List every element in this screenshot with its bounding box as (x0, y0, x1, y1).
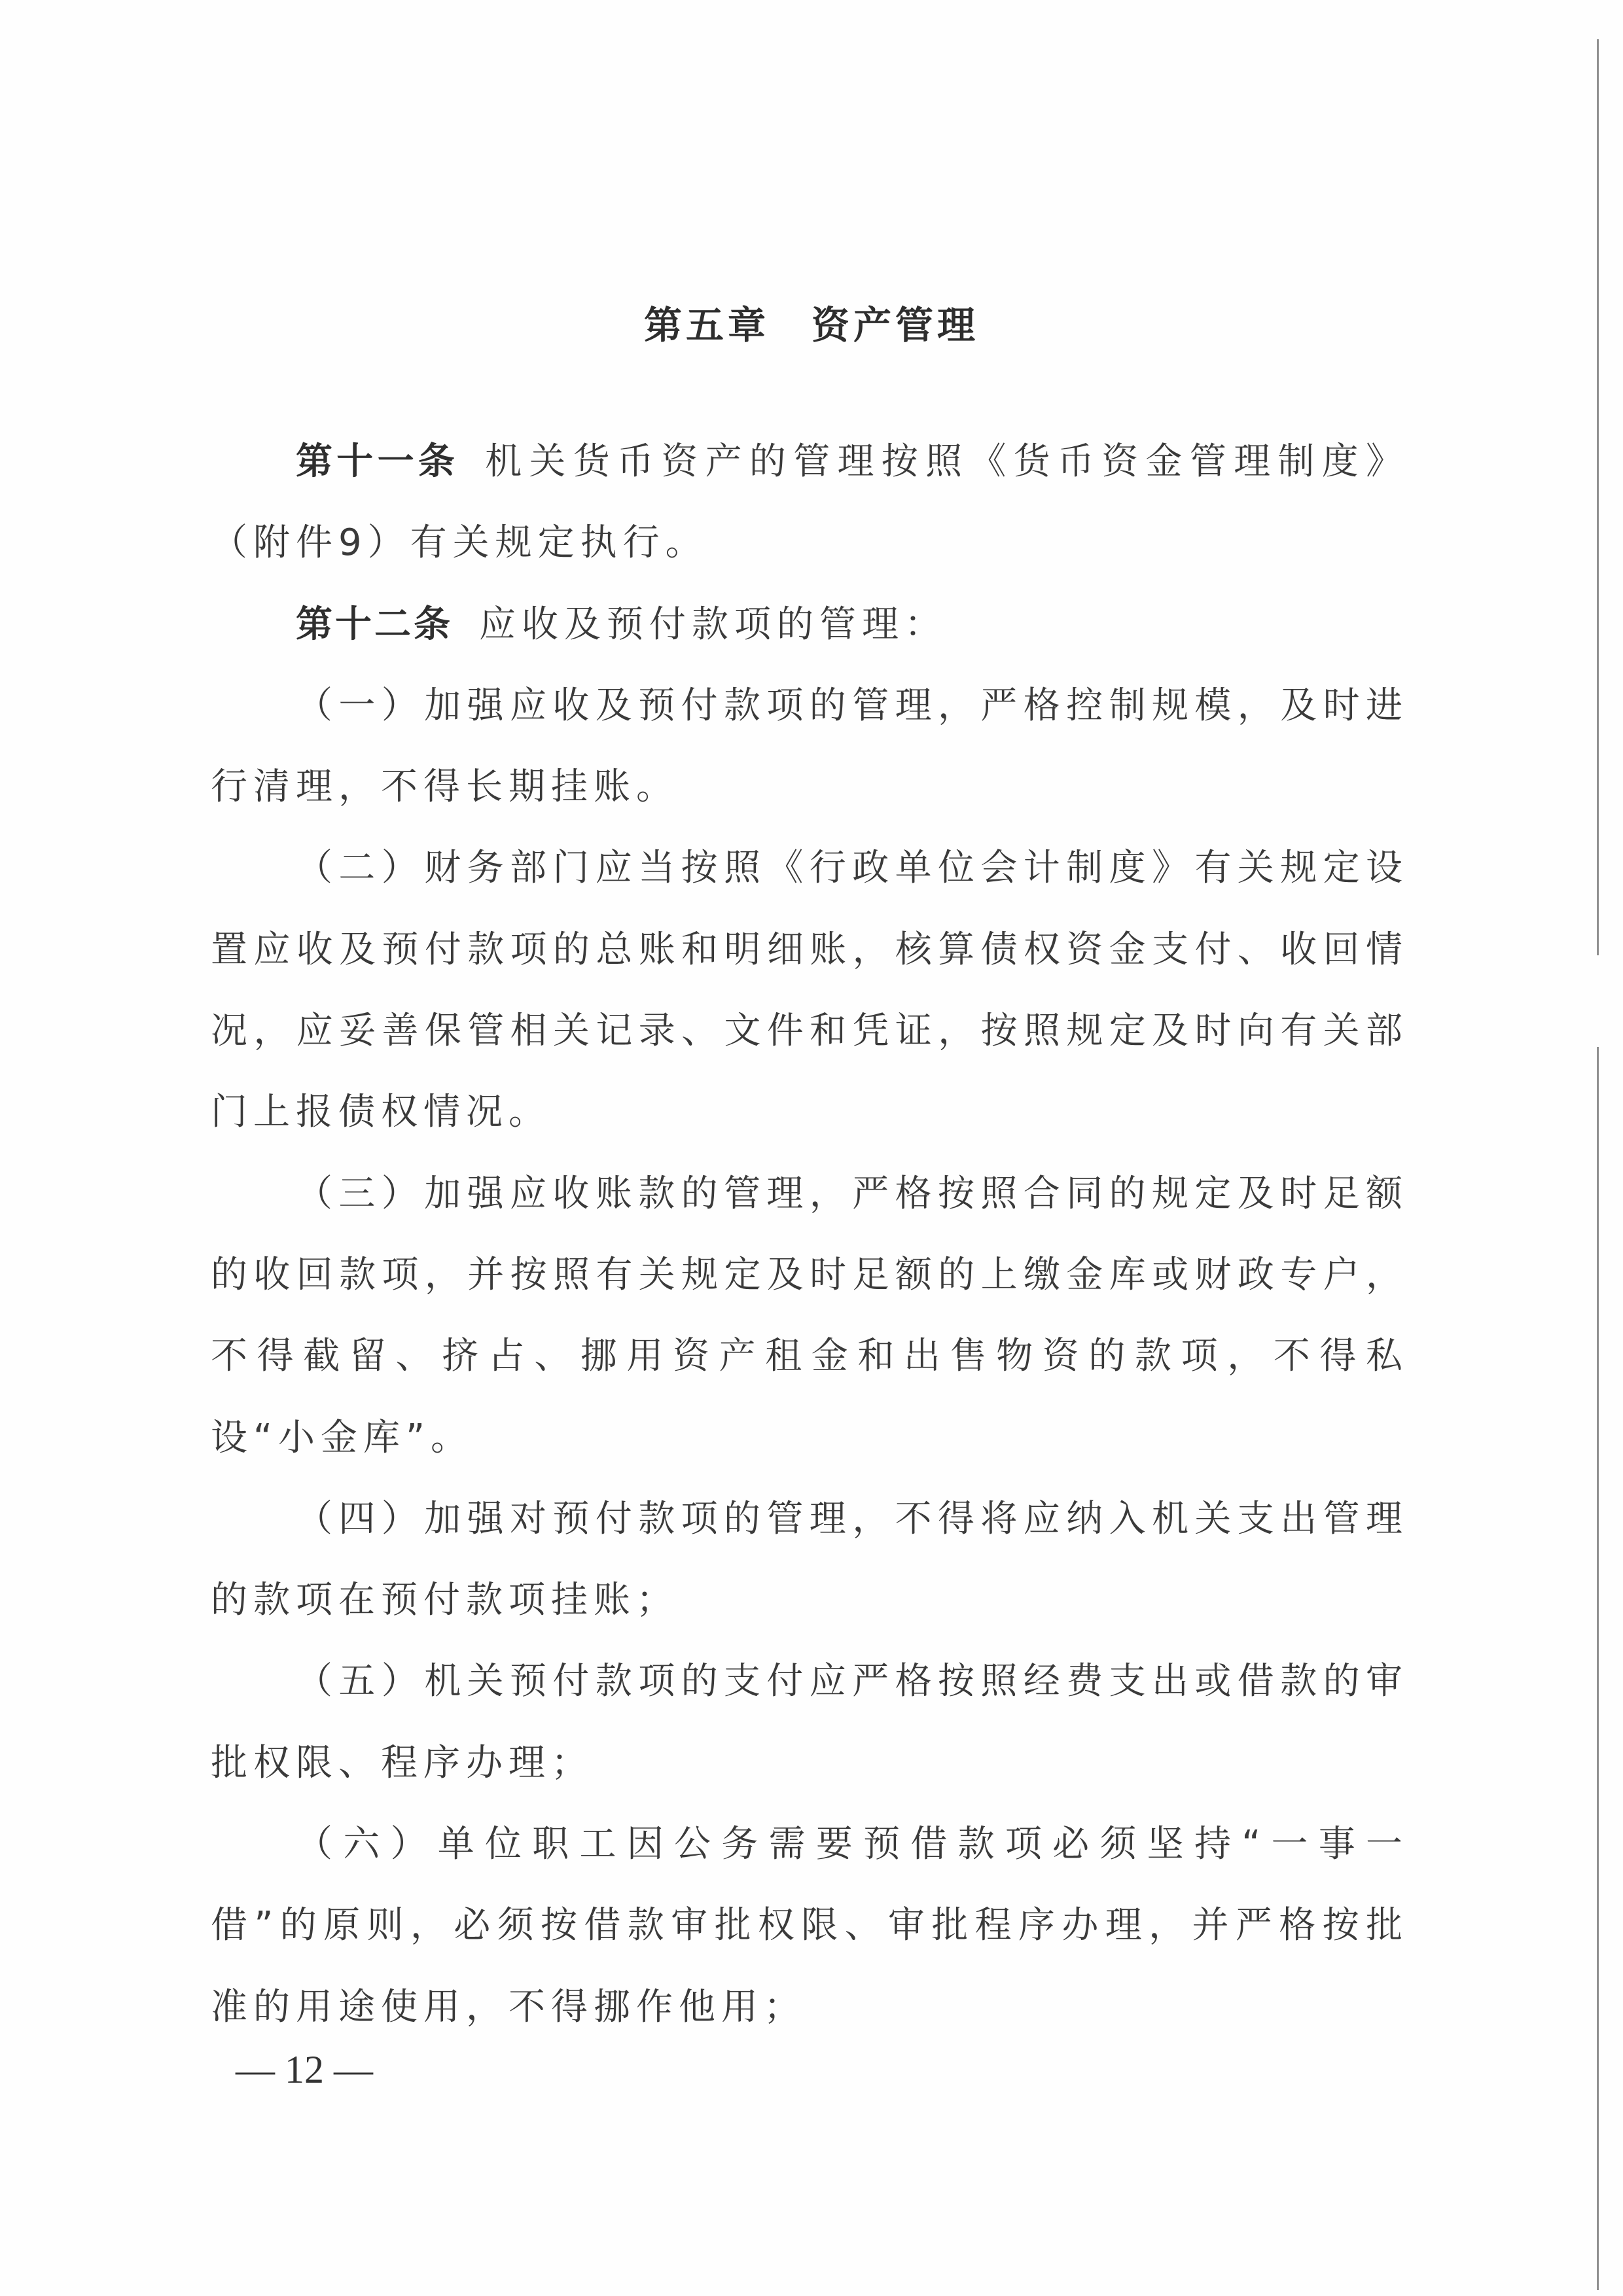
page-number: — 12 — (236, 2047, 373, 2093)
scan-edge-line-top (1597, 39, 1599, 955)
article-11-paragraph: 第十一条机关货币资产的管理按照《货币资金管理制度》（附件9）有关规定执行。 (211, 421, 1408, 584)
paragraph-text: （四）加强对预付款项的管理，不得将应纳入机关支出管理的款项在预付款项挂账； (211, 1498, 1408, 1621)
paragraph-text: 应收及预付款项的管理： (479, 603, 947, 646)
document-body: 第十一条机关货币资产的管理按照《货币资金管理制度》（附件9）有关规定执行。 第十… (211, 421, 1408, 2048)
clause-4-paragraph: （四）加强对预付款项的管理，不得将应纳入机关支出管理的款项在预付款项挂账； (211, 1479, 1408, 1642)
paragraph-text: （三）加强应收账款的管理，严格按照合同的规定及时足额的收回款项，并按照有关规定及… (211, 1173, 1408, 1459)
clause-3-paragraph: （三）加强应收账款的管理，严格按照合同的规定及时足额的收回款项，并按照有关规定及… (211, 1154, 1408, 1479)
chapter-title: 第五章 资产管理 (0, 302, 1623, 348)
clause-2-paragraph: （二）财务部门应当按照《行政单位会计制度》有关规定设置应收及预付款项的总账和明细… (211, 828, 1408, 1153)
clause-1-paragraph: （一）加强应收及预付款项的管理，严格控制规模，及时进行清理，不得长期挂账。 (211, 665, 1408, 828)
paragraph-text: （五）机关预付款项的支付应严格按照经费支出或借款的审批权限、程序办理； (211, 1660, 1408, 1784)
clause-5-paragraph: （五）机关预付款项的支付应严格按照经费支出或借款的审批权限、程序办理； (211, 1641, 1408, 1804)
paragraph-text: （六）单位职工因公务需要预借款项必须坚持“一事一借”的原则，必须按借款审批权限、… (211, 1823, 1408, 2028)
scan-edge-line-bottom (1597, 1047, 1599, 2290)
document-page: 第五章 资产管理 第十一条机关货币资产的管理按照《货币资金管理制度》（附件9）有… (0, 0, 1623, 2296)
paragraph-text: （一）加强应收及预付款项的管理，严格控制规模，及时进行清理，不得长期挂账。 (211, 684, 1408, 808)
article-12-paragraph: 第十二条应收及预付款项的管理： (211, 584, 1408, 665)
article-number: 第十一条 (296, 440, 459, 483)
clause-6-paragraph: （六）单位职工因公务需要预借款项必须坚持“一事一借”的原则，必须按借款审批权限、… (211, 1804, 1408, 2048)
article-number: 第十二条 (296, 603, 453, 646)
paragraph-text: （二）财务部门应当按照《行政单位会计制度》有关规定设置应收及预付款项的总账和明细… (211, 847, 1408, 1133)
